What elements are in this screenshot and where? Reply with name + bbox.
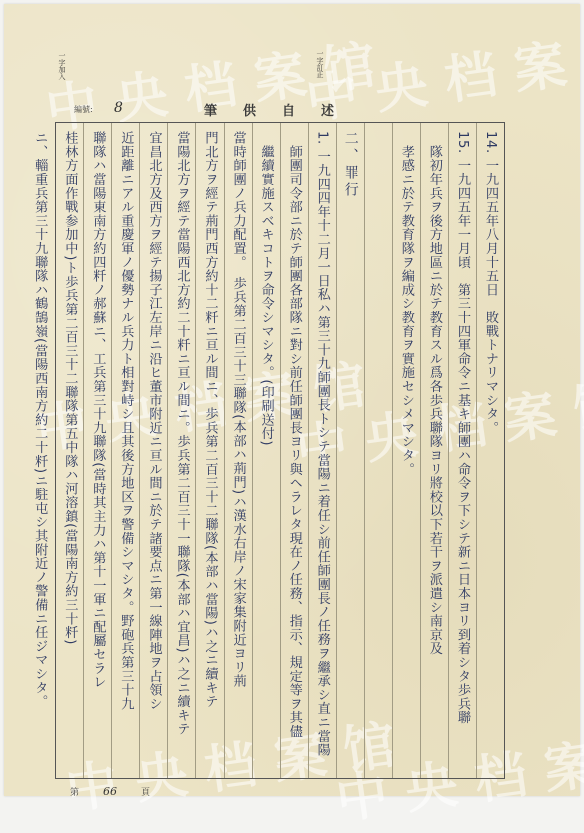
- text-column: 當陽北方ヲ經テ當陽西北方約二十粁ニ亘ル間ニ。歩兵第二百三十一聯隊(本部ハ宜昌)ハ…: [167, 123, 195, 778]
- ruled-writing-grid: 14. 一九四五年八月十五日 敗戰トナリマシタ。15. 一九四五年一月頃 第三十…: [55, 122, 505, 779]
- text-column: 14. 一九四五年八月十五日 敗戰トナリマシタ。: [476, 123, 504, 778]
- text-column: 二、罪行: [336, 123, 364, 778]
- margin-note-correction: 一字訂正: [316, 50, 324, 78]
- handwritten-line: 門北方ヲ經テ荊門西方約十二粁ニ亘ル間ニ、歩兵第二百三十二聯隊(本部ハ當陽)ハ之ニ…: [202, 131, 219, 708]
- serial-value: 8: [114, 100, 123, 116]
- handwritten-line: 1. 一九四四年十二月一日私ハ第三十九師團長トシテ當陽ニ着任シ前任師團長ノ任務ヲ…: [314, 131, 331, 757]
- handwritten-line: 15. 一九四五年一月頃 第三十四軍命令ニ基キ師團ハ命令ヲ下シテ新ニ日本ヨリ到着…: [454, 131, 471, 724]
- handwritten-line: 繼續實施スベキコトヲ命令シマシタ。(印刷送付): [258, 131, 275, 446]
- page-number: 66: [103, 785, 117, 798]
- text-column: [364, 123, 392, 778]
- text-column: 門北方ヲ經テ荊門西方約十二粁ニ亘ル間ニ、歩兵第二百三十二聯隊(本部ハ當陽)ハ之ニ…: [195, 123, 223, 778]
- handwritten-line: 師團司令部ニ於テ師團各部隊ニ對シ前任師團長ヨリ與ヘラレタ現在ノ任務、指示、規定等…: [286, 131, 303, 738]
- handwritten-line: 隊初年兵ヲ後方地區ニ於テ教育スル爲各歩兵聯隊ヨリ將校以下若干ヲ派遣シ南京及: [426, 131, 443, 655]
- text-column: 師團司令部ニ於テ師團各部隊ニ對シ前任師團長ヨリ與ヘラレタ現在ノ任務、指示、規定等…: [280, 123, 308, 778]
- document-page: 中央档案馆 中央档案馆 中央档案馆 中央档案馆 中央档案馆 中央档案馆 一字加入…: [4, 4, 580, 796]
- text-column: 宜昌北方及西方ヲ經テ揚子江左岸ニ沿ヒ董市附近ニ亘ル間ニ於テ諸要点ニ第一線陣地ヲ占…: [139, 123, 167, 778]
- handwritten-line: 宜昌北方及西方ヲ經テ揚子江左岸ニ沿ヒ董市附近ニ亘ル間ニ於テ諸要点ニ第一線陣地ヲ占…: [145, 131, 162, 711]
- watermark: 中央档案馆: [300, 10, 584, 133]
- form-title-char: 供: [243, 100, 256, 119]
- page-number-footer: 第 66 頁: [70, 785, 150, 798]
- handwritten-line: 聯隊ハ當陽東南方約四粁ノ郝蘇ニ、工兵第三十九聯隊(當時其主力ハ第十一軍ニ配屬セラ…: [89, 131, 106, 689]
- handwritten-line: 14. 一九四五年八月十五日 敗戰トナリマシタ。: [482, 131, 499, 435]
- text-column: 聯隊ハ當陽東南方約四粁ノ郝蘇ニ、工兵第三十九聯隊(當時其主力ハ第十一軍ニ配屬セラ…: [83, 123, 111, 778]
- handwritten-line: 孝感ニ於テ教育隊ヲ編成シ教育ヲ實施セシメマシタ。: [398, 131, 415, 476]
- text-column: 15. 一九四五年一月頃 第三十四軍命令ニ基キ師團ハ命令ヲ下シテ新ニ日本ヨリ到着…: [448, 123, 476, 778]
- handwritten-line: 二、罪行: [342, 131, 359, 199]
- handwritten-line: 桂林方面作戰参加中)ト歩兵第二百三十二聯隊第五中隊ハ河溶鎮(當陽南方約三十粁): [61, 131, 78, 645]
- margin-note-insert: 一字加入: [58, 52, 66, 80]
- handwritten-line: ニ、輜重兵第三十九聯隊ハ鶴鵠嶺(當陽西南方約二十粁)ニ駐屯シ其附近ノ警備ニ任ジマ…: [31, 131, 48, 708]
- page-suffix: 頁: [141, 785, 150, 798]
- form-title-char: 筆: [204, 100, 217, 119]
- text-column: 繼續實施スベキコトヲ命令シマシタ。(印刷送付): [252, 123, 280, 778]
- page-prefix: 第: [70, 785, 79, 798]
- form-title-char: 述: [321, 100, 334, 119]
- text-column: 孝感ニ於テ教育隊ヲ編成シ教育ヲ實施セシメマシタ。: [392, 123, 420, 778]
- handwritten-line: 近距離ニアル重慶軍ノ優勢ナル兵力ト相對峙シ且其後方地区ヲ警備シマシタ。野砲兵第三…: [117, 131, 134, 711]
- text-column: 1. 一九四四年十二月一日私ハ第三十九師團長トシテ當陽ニ着任シ前任師團長ノ任務ヲ…: [308, 123, 336, 778]
- text-column: 桂林方面作戰参加中)ト歩兵第二百三十二聯隊第五中隊ハ河溶鎮(當陽南方約三十粁)ニ…: [55, 123, 83, 778]
- serial-label: 編號:: [74, 104, 93, 115]
- form-title-char: 自: [282, 100, 295, 119]
- text-column: 當時師團ノ兵力配置。 歩兵第二百三十三聯隊(本部ハ荊門)ハ漢水右岸ノ宋家集附近ヨ…: [224, 123, 252, 778]
- handwritten-line: 當時師團ノ兵力配置。 歩兵第二百三十三聯隊(本部ハ荊門)ハ漢水右岸ノ宋家集附近ヨ…: [230, 131, 247, 688]
- text-column: 近距離ニアル重慶軍ノ優勢ナル兵力ト相對峙シ且其後方地区ヲ警備シマシタ。野砲兵第三…: [111, 123, 139, 778]
- text-column: 隊初年兵ヲ後方地區ニ於テ教育スル爲各歩兵聯隊ヨリ將校以下若干ヲ派遣シ南京及: [420, 123, 448, 778]
- form-title: 筆 供 自 述: [204, 100, 334, 119]
- handwritten-line: 當陽北方ヲ經テ當陽西北方約二十粁ニ亘ル間ニ。歩兵第二百三十一聯隊(本部ハ宜昌)ハ…: [173, 131, 190, 736]
